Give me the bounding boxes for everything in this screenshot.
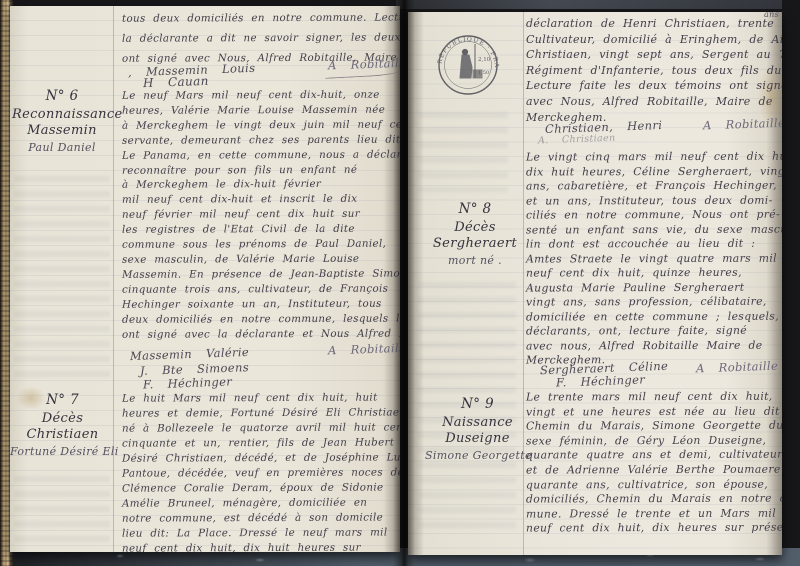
interline-correction: ans: [764, 12, 779, 19]
entry-surname: Duseigne: [425, 431, 530, 447]
manuscript-line: cinquante et un, rentier, fils de Jean H…: [122, 435, 400, 451]
entry-8-body: Le vingt cinq mars mil neuf cent dix hui…: [526, 150, 782, 368]
manuscript-line: Cultivateur, domicilié à Eringhem, de Ai…: [526, 32, 782, 48]
manuscript-line: ans, cabaretière, et François Hechinger,…: [526, 178, 782, 194]
entry-firstnames: Simone Georgette: [425, 447, 530, 464]
signature-hechinger: F. Héchinger: [556, 372, 646, 389]
manuscript-line: neuf cent dix huit, dix huit heures sur: [122, 540, 400, 552]
manuscript-line: dix huit heures, Céline Sergheraert, vin…: [526, 164, 782, 180]
manuscript-line: deux domiciliés en notre commune, lesque…: [122, 311, 400, 328]
entry-number: N° 8: [425, 200, 525, 219]
manuscript-line: ont signé avec la déclarante et Nous Alf…: [122, 326, 400, 343]
entry-7-continuation-body: déclaration de Henri Christiaen, trente …: [526, 16, 782, 125]
entry-9-body: Le trente mars mil neuf cent dix huit,vi…: [526, 390, 782, 536]
manuscript-line: ciliés en notre commune, Nous ont pré-: [526, 207, 782, 223]
manuscript-line: déclarants, ont, lecture faite, signé: [526, 323, 782, 339]
left-page: tous deux domiciliés en notre commune. L…: [10, 6, 400, 552]
manuscript-line: mil neuf cent dix-huit et inscrit le dix: [122, 192, 400, 209]
manuscript-line: quarante quatre ans et demi, cultivateur…: [526, 448, 782, 464]
entry-firstnames: Fortuné Désiré Eli: [10, 443, 115, 460]
manuscript-line: heures et demie, Fortuné Désiré Eli Chri…: [122, 405, 400, 421]
entry-firstnames: Paul Daniel: [12, 139, 112, 156]
entry-type: Reconnaissance: [12, 106, 112, 123]
manuscript-line: vingt ans, sans profession, célibataire,: [526, 294, 782, 310]
manuscript-line: sexe féminin, de Géry Léon Duseigne,: [526, 433, 782, 449]
stamp-value: 1,50: [478, 70, 489, 76]
entry-6-margin-note: N° 6 Reconnaissance Massemin Paul Daniel: [12, 87, 112, 156]
manuscript-line: neuf cent dix huit, dix heures sur prése…: [526, 521, 782, 537]
signature-mayor-robitaille: A Robitaille: [328, 341, 400, 358]
manuscript-line: tous deux domiciliés en notre commune. L…: [122, 7, 400, 28]
manuscript-line: déclaration de Henri Christiaen, trente …: [526, 16, 782, 32]
manuscript-line: Augusta Marie Pauline Sergheraert: [526, 280, 782, 296]
manuscript-line: Le Panama, en cette commune, nous a décl…: [122, 147, 400, 164]
manuscript-line: lin dont est accouchée au lieu dit :: [526, 236, 782, 252]
manuscript-line: Hechinger soixante un an, Instituteur, t…: [122, 296, 400, 313]
manuscript-line: reconnaître pour son fils un enfant né: [122, 162, 400, 179]
manuscript-line: heures, Valérie Marie Louise Massemin né…: [122, 102, 400, 119]
book-gutter-shadow: [393, 0, 415, 566]
manuscript-line: domiciliée en cette commune ; lesquels,: [526, 309, 782, 325]
manuscript-line: cinquante trois ans, cultivateur, de Fra…: [122, 281, 400, 298]
manuscript-line: né à Bollezeele le quatorze avril mil hu…: [122, 420, 400, 436]
manuscript-line: servante, demeurant chez ses parents lie…: [122, 132, 400, 149]
entry-6-body: Le neuf Mars mil neuf cent dix-huit, onz…: [122, 88, 400, 341]
manuscript-line: avec Nous, Alfred Robitaille, Maire de: [526, 94, 782, 110]
margin-rule-line: [113, 6, 114, 552]
manuscript-line: Amélie Bruneel, ménagère, domiciliée en: [122, 495, 400, 511]
entry-number: N° 9: [425, 395, 530, 414]
entry-surname: Christiaen: [10, 427, 115, 443]
signature-hechinger: F. Héchinger: [143, 374, 233, 391]
manuscript-line: et un ans, Instituteur, tous deux domi-: [526, 193, 782, 209]
signature-mayor-robitaille: A Robitaille: [703, 116, 782, 133]
manuscript-line: vingt et une heures est née au lieu dit: [526, 404, 782, 420]
manuscript-line: la déclarante a dit ne savoir signer, le…: [122, 27, 400, 48]
manuscript-line: quarante ans, cultivatrice, son épouse,: [526, 477, 782, 493]
manuscript-line: Pantoue, décédée, veuf en premières noce…: [122, 465, 400, 481]
register-photograph: tous deux domiciliés en notre commune. L…: [0, 0, 800, 566]
manuscript-line: neuf février mil neuf cent dix huit sur: [122, 206, 400, 223]
ink-bleedthrough: [14, 176, 110, 386]
right-page: RÉPUBLIQUE · FRANÇAISE 2,10 1,50 déclara…: [408, 12, 782, 555]
manuscript-line: Le vingt cinq mars mil neuf cent dix hui…: [526, 149, 782, 165]
signature-mayor-robitaille: A Robitaille: [696, 359, 779, 376]
manuscript-line: commune sous les prénoms de Paul Daniel,: [122, 236, 400, 253]
entry-surname: Massemin: [12, 123, 112, 139]
entry-number: N° 7: [10, 391, 115, 410]
manuscript-line: Clémence Coralie Deram, époux de Sidonie: [122, 480, 400, 496]
entry-firstnames: mort né .: [425, 252, 525, 269]
manuscript-line: sexe masculin, de Valérie Marie Louise: [122, 251, 400, 268]
manuscript-line: Le neuf Mars mil neuf cent dix-huit, onz…: [122, 87, 400, 104]
republique-francaise-stamp: RÉPUBLIQUE · FRANÇAISE 2,10 1,50: [433, 30, 503, 100]
entry-7-body: Le huit Mars mil neuf cent dix huit, hui…: [122, 391, 400, 552]
manuscript-line: les registres de l'Etat Civil de la dite: [122, 221, 400, 238]
entry-type: Décès: [10, 410, 115, 427]
manuscript-line: à Merckeghem le dix-huit février: [122, 177, 400, 194]
entry-type: Décès: [425, 219, 525, 236]
manuscript-line: Chemin du Marais, Simone Georgette du: [526, 419, 782, 435]
ink-bleedthrough: [14, 476, 110, 546]
manuscript-line: senté un enfant sans vie, du sexe mascu-: [526, 222, 782, 238]
manuscript-line: notre commune, est décédé à son domicile: [122, 510, 400, 526]
ink-bleedthrough: [418, 112, 508, 192]
manuscript-line: à Merckeghem le vingt deux juin mil neuf…: [122, 117, 400, 134]
manuscript-line: avec nous, Alfred Robitaille Maire de: [526, 338, 782, 354]
signature-faint-christiaen: A. Christiaen: [538, 133, 616, 147]
margin-rule-line: [523, 12, 524, 555]
manuscript-line: Massemin. En présence de Jean-Baptiste S…: [122, 266, 400, 283]
entry-surname: Sergheraert: [425, 236, 525, 252]
manuscript-line: Le huit Mars mil neuf cent dix huit, hui…: [122, 390, 400, 406]
manuscript-line: neuf cent dix huit, quinze heures,: [526, 265, 782, 281]
manuscript-line: Christiaen, vingt sept ans, Sergent au 7…: [526, 47, 782, 63]
manuscript-line: domiciliés, Chemin du Marais en notre co…: [526, 492, 782, 508]
entry-7-margin-note: N° 7 Décès Christiaen Fortuné Désiré Eli: [10, 391, 115, 460]
manuscript-line: Le trente mars mil neuf cent dix huit,: [526, 389, 782, 405]
book-cover-top-edge: [396, 0, 782, 9]
manuscript-line: Désiré Christiaen, décédé, et de Joséphi…: [122, 450, 400, 466]
entry-type: Naissance: [425, 414, 530, 431]
entry-9-margin-note: N° 9 Naissance Duseigne Simone Georgette: [425, 395, 530, 464]
manuscript-line: mune. Dressé le trente et un Mars mil: [526, 506, 782, 522]
manuscript-line: Lecture faite les deux témoins ont signé: [526, 78, 782, 94]
entry-number: N° 6: [12, 87, 112, 106]
manuscript-line: et de Adrienne Valérie Berthe Poumaere: [526, 462, 782, 478]
stamp-value: 2,10: [478, 57, 491, 63]
manuscript-line: Régiment d'Infanterie, tous deux fils du…: [526, 63, 782, 79]
manuscript-line: lieu dit: La Place. Dressé le neuf mars …: [122, 525, 400, 541]
entry-8-margin-note: N° 8 Décès Sergheraert mort né .: [425, 200, 525, 269]
manuscript-line: Amtes Straete le vingt quatre mars mil: [526, 251, 782, 267]
